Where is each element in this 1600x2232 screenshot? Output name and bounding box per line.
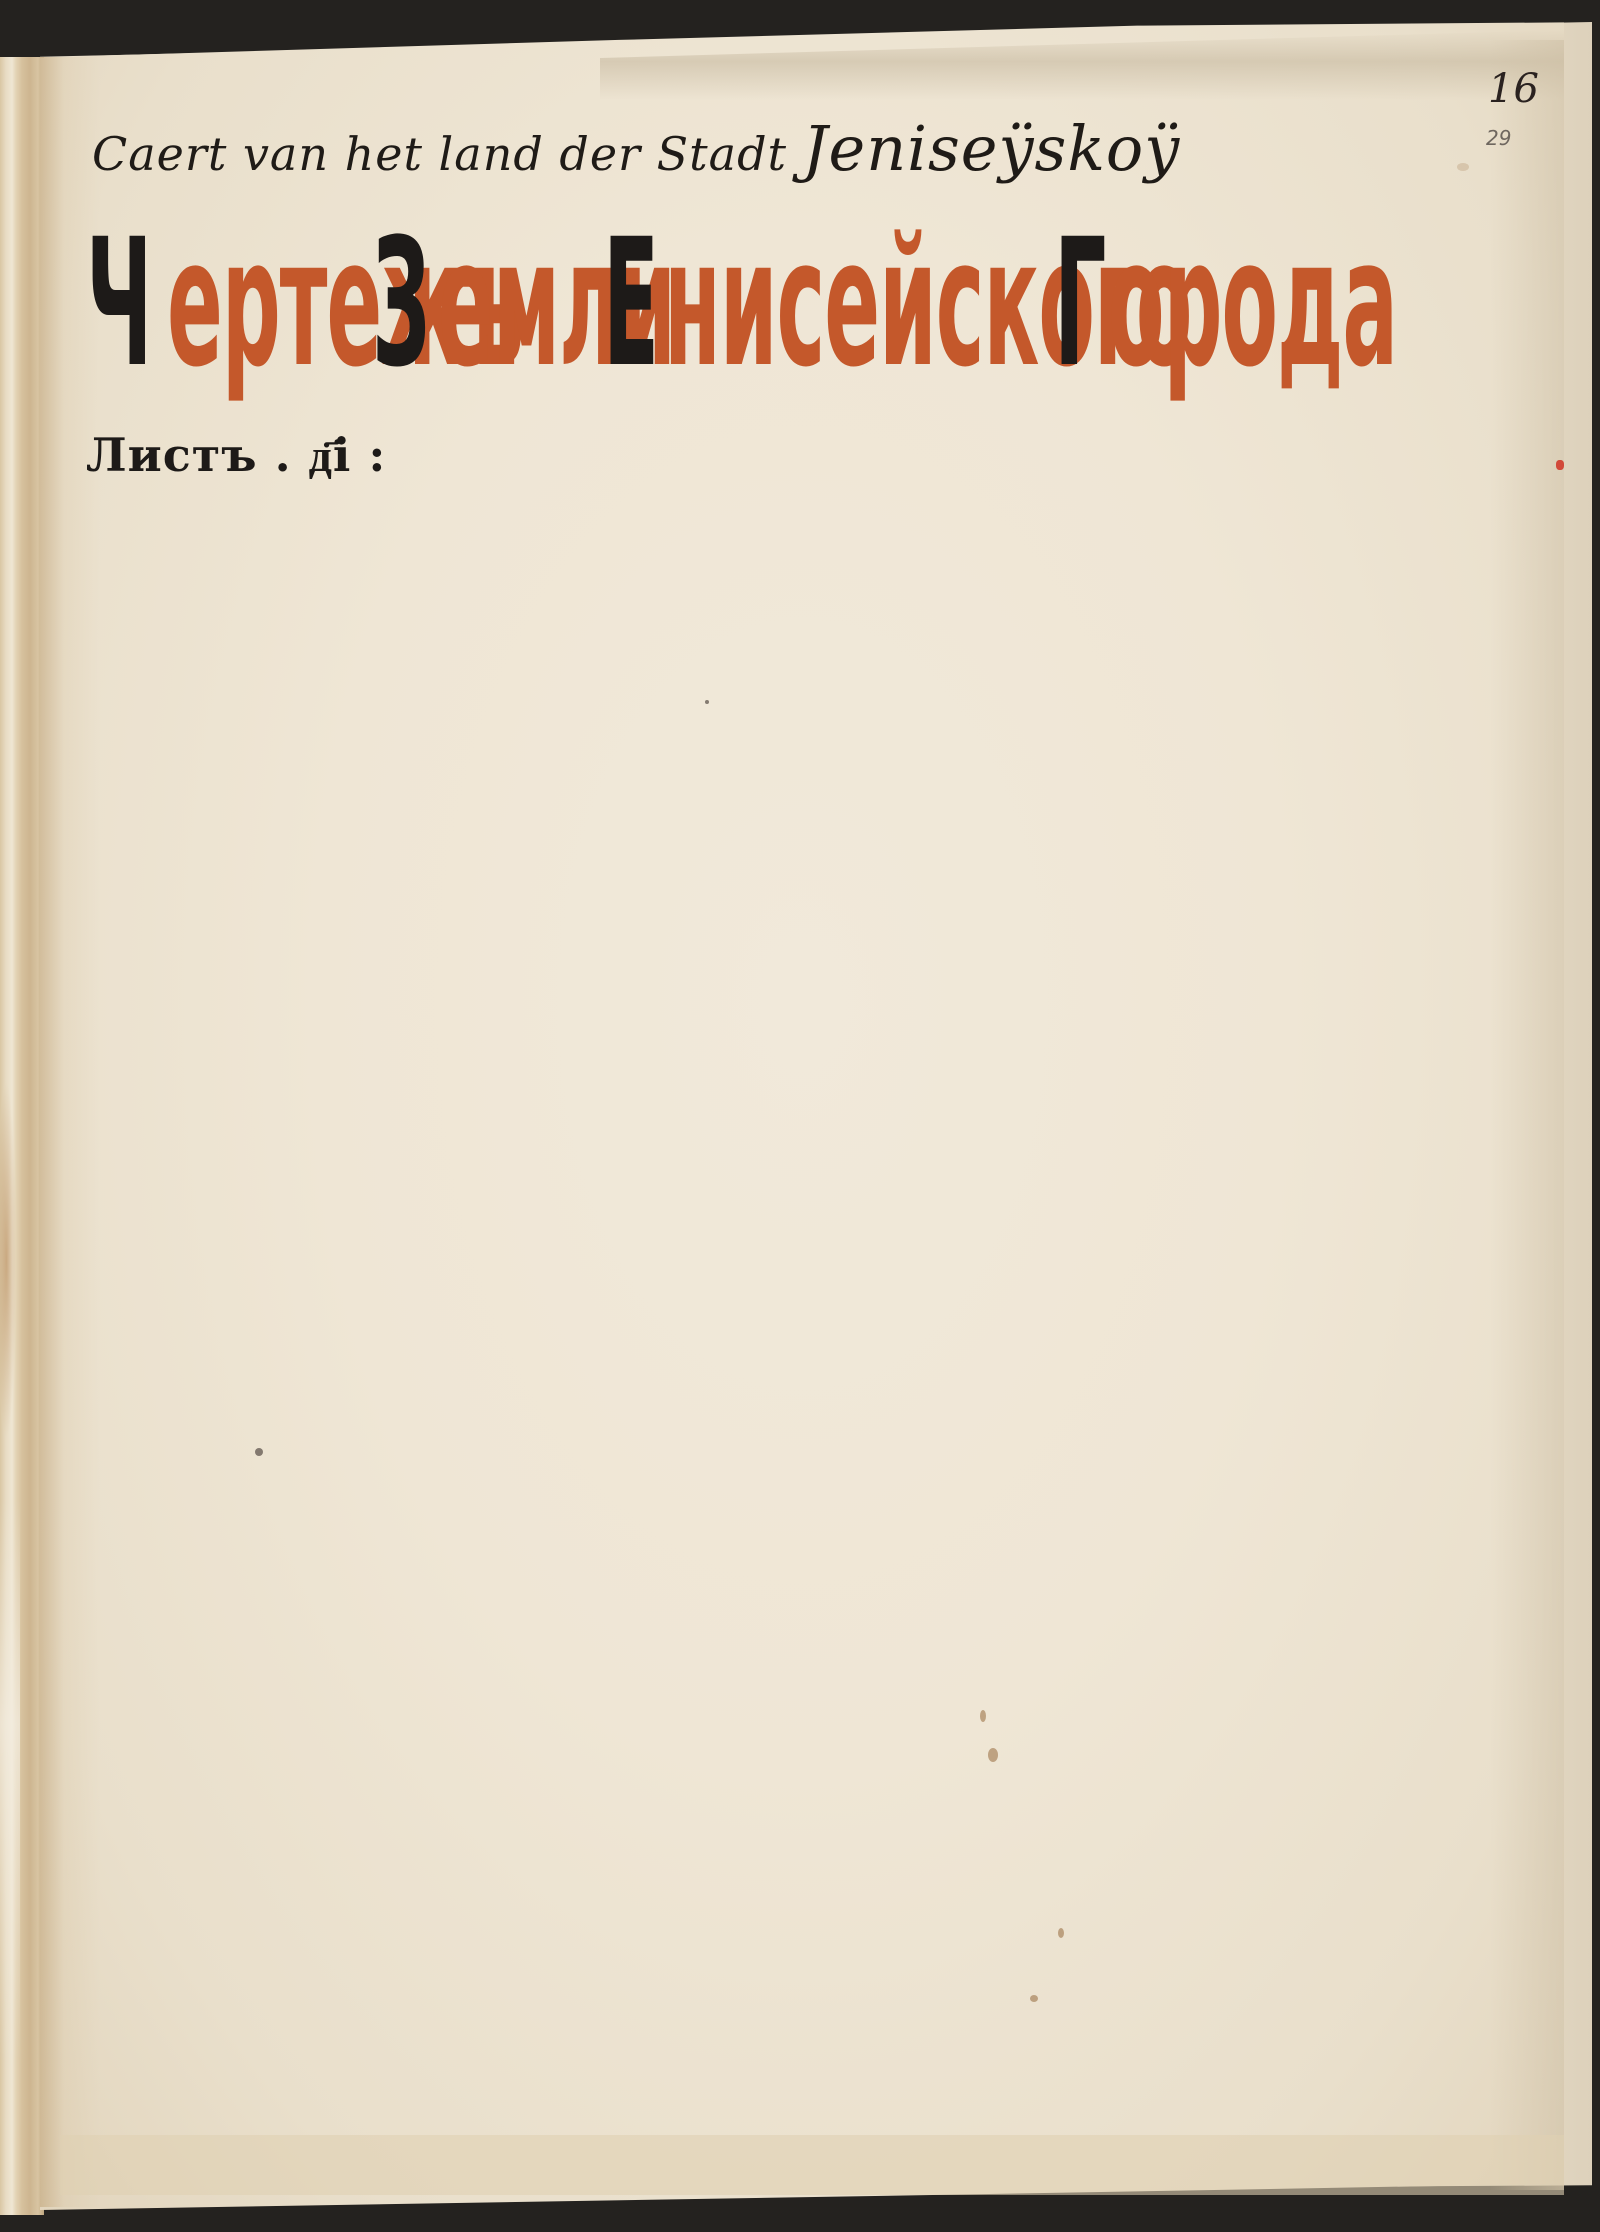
dutch-title: Caert van het land der Stadt Jeniseÿskoÿ xyxy=(92,112,1180,185)
title-word-goroda: Города xyxy=(1054,216,1344,392)
title-word-eniseiskogo: Енисейского xyxy=(603,216,1023,392)
title-word-chertezh: Чертежъ xyxy=(86,216,341,392)
title-initial-black: З xyxy=(372,216,429,392)
foxing-spot xyxy=(980,1710,986,1722)
pencil-page-number: 29 xyxy=(1486,126,1511,150)
sheet-number-label: Листъ . д҃і : xyxy=(86,428,386,482)
spine-stain xyxy=(0,1080,16,1440)
foxing-spot xyxy=(1058,1928,1064,1938)
foxing-spot xyxy=(705,700,709,704)
right-edge-discoloration xyxy=(1490,40,1564,2190)
folio-number: 16 xyxy=(1488,66,1539,112)
foxing-spot xyxy=(1457,163,1469,171)
dutch-title-city: Jeniseÿskoÿ xyxy=(803,112,1181,185)
bottom-edge-band xyxy=(60,2135,1564,2195)
title-initial-black: Ч xyxy=(86,216,152,392)
title-initial-black: Е xyxy=(603,216,658,392)
title-word-red: орода xyxy=(1108,216,1397,392)
foxing-spot xyxy=(1030,1995,1038,2002)
title-initial-black: Г xyxy=(1054,216,1105,392)
cyrillic-vyaz-title: Чертежъ Земли Енисейского Города xyxy=(86,216,1372,416)
red-ink-mark xyxy=(1556,460,1564,470)
title-word-zemli: Земли xyxy=(372,216,572,392)
foxing-spot xyxy=(988,1748,998,1762)
spine-light-patch xyxy=(0,1500,20,2060)
dutch-title-prefix: Caert van het land der Stadt xyxy=(92,127,787,181)
foxing-spot xyxy=(255,1448,263,1456)
